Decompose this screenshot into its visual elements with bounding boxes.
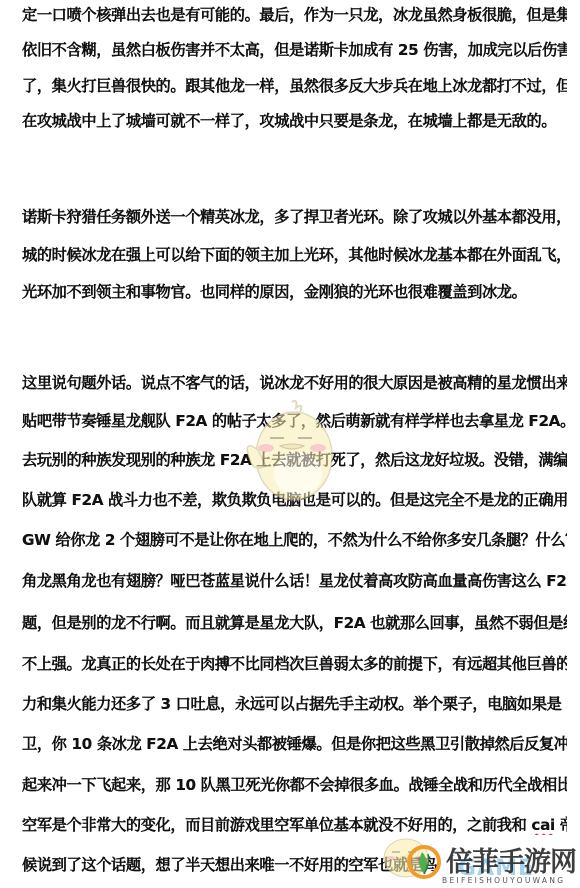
spellcheck-word: cai xyxy=(531,816,554,834)
text-line: 力和集火能力还多了 3 口吐息，永远可以占据先手主动权。举个栗子，电脑如果是 1… xyxy=(22,694,567,714)
text-line: 诺斯卡狩猎任务额外送一个精英冰龙，多了捍卫者光环。除了攻城以外基本都没用，只有攻 xyxy=(22,207,567,227)
text-line: GW 给你龙 2 个翅膀可不是让你在地上爬的，不然为什么不给你多安几条腿？什么？… xyxy=(22,530,567,550)
text-segment: 空军是个非常大的变化，而目前游戏里空军单位基本就没不好用的，之前我和 xyxy=(22,816,531,834)
text-line: 光环加不到领主和事物官。也同样的原因，金刚狼的光环也很难覆盖到冰龙。 xyxy=(22,282,567,302)
text-line: 不上强。龙真正的长处在于肉搏不比同档次巨兽弱太多的前提下，有远超其他巨兽的机动能 xyxy=(22,654,567,674)
text-line: 卫，你 10 条冰龙 F2A 上去绝对头都被锤爆。但是你把这些黑卫引散掉然后反复… xyxy=(22,734,567,754)
text-segment: 帝聊的时 xyxy=(555,816,567,834)
text-line: 这里说句题外话。说点不客气的话，说冰龙不好用的很大原因是被高精的星龙惯出来的毛病… xyxy=(22,373,567,393)
text-line: 起来冲一下飞起来，那 10 队黑卫死光你都不会掉很多血。战锤全战和历代全战相比，… xyxy=(22,775,567,795)
text-line: 题，但是别的龙不行啊。而且就算是星龙大队，F2A 也就那么回事，虽然不弱但是绝对… xyxy=(22,613,567,633)
text-line: 队就算 F2A 战斗力也不差，欺负欺负电脑也是可以的。但是这完全不是龙的正确用法… xyxy=(22,490,567,510)
text-line: 贴吧带节奏锤星龙舰队 F2A 的帖子太多了，然后萌新就有样学样也去拿星龙 F2A… xyxy=(22,411,567,431)
text-line: 定一口喷个核弹出去也是有可能的。最后，作为一只龙，冰龙虽然身板很脆，但是集火能力 xyxy=(22,5,567,25)
text-line: 角龙黑角龙也有翅膀？哑巴苍蓝星说什么话！星龙仗着高攻防高血量高伤害这么 F2A … xyxy=(22,571,567,591)
text-line: 在攻城战中上了城墙可就不一样了，攻城战中只要是条龙，在城墙上都是无敌的。 xyxy=(22,111,567,131)
text-line: 了，集火打巨兽很快的。跟其他龙一样，虽然很多反大步兵在地上冰龙都打不过，但是一旦 xyxy=(22,76,567,96)
text-line: 去玩别的种族发现别的种族龙 F2A 上去就被打死了，然后这龙好垃圾。没错，满编星… xyxy=(22,450,567,470)
text-line: 空军是个非常大的变化，而目前游戏里空军单位基本就没不好用的，之前我和 cai 帝… xyxy=(22,815,567,835)
text-line: 候说到了这个话题，想了半天想出来唯一不好用的空军也就是鸟 xyxy=(22,855,567,875)
text-line: 城的时候冰龙在强上可以给下面的领主加上光环，其他时候冰龙基本都在外面乱飞，捍卫者 xyxy=(22,245,567,265)
text-line: 依旧不含糊，虽然白板伤害并不太高，但是诺斯卡加成有 25 伤害，加成完以后伤害也… xyxy=(22,40,567,60)
article-body: 定一口喷个核弹出去也是有可能的。最后，作为一只龙，冰龙虽然身板很脆，但是集火能力… xyxy=(0,0,580,888)
